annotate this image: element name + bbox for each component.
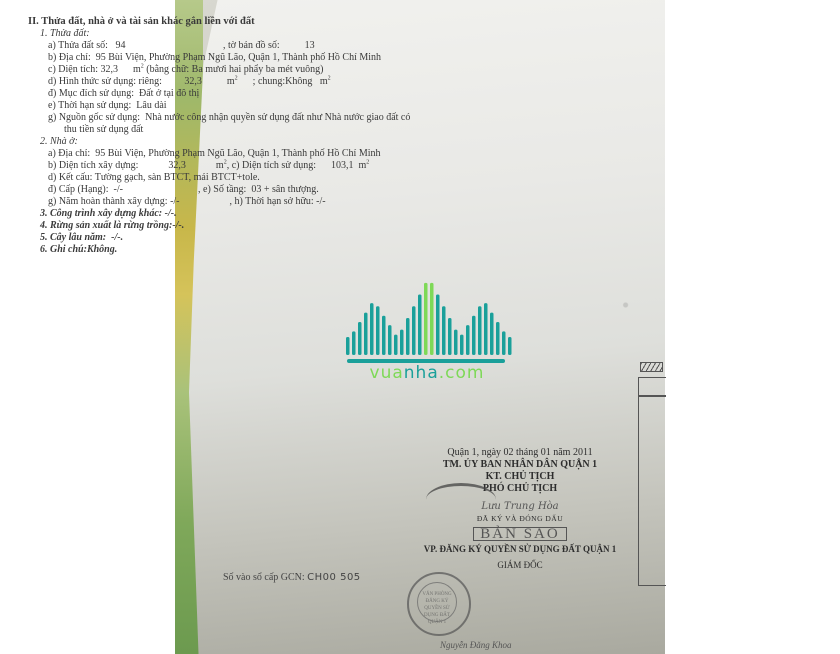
- land-area: c) Diện tích: 32,3 m2 (bằng chữ: Ba mươi…: [28, 64, 488, 76]
- notes: 6. Ghi chú:Không.: [28, 244, 488, 256]
- issuer-kt: KT. CHỦ TỊCH: [400, 471, 640, 483]
- land-parcel-number: a) Thửa đất số: 94 , tờ bản đồ số: 13: [28, 40, 488, 52]
- house-year: g) Năm hoàn thành xây dựng: -/- , h) Thờ…: [28, 196, 488, 208]
- building-bars-icon: [342, 275, 512, 355]
- director-title: GIÁM ĐỐC: [400, 559, 640, 571]
- house-address: a) Địa chỉ: 95 Bùi Viện, Phường Phạm Ngũ…: [28, 148, 488, 160]
- hatched-legend-icon: [640, 362, 663, 372]
- perennial: 5. Cây lâu năm: -/-.: [28, 232, 488, 244]
- registry-seal: VĂN PHÒNG ĐĂNG KÝ QUYỀN SỬ DỤNG ĐẤT QUẬN…: [407, 572, 471, 636]
- watermark-logo: vuanha.com: [342, 275, 512, 385]
- forest: 4. Rừng sản xuất là rừng trồng:-/-.: [28, 220, 488, 232]
- certificate-body: II. Thửa đất, nhà ở và tài sản khác gắn …: [28, 16, 488, 256]
- issue-date: Quận 1, ngày 02 tháng 01 năm 2011: [400, 447, 640, 459]
- diagram-frame-top: [638, 377, 666, 397]
- house-area: b) Diện tích xây dựng: 32,3 m2, c) Diện …: [28, 160, 488, 172]
- seal-text: VĂN PHÒNG ĐĂNG KÝ QUYỀN SỬ DỤNG ĐẤT QUẬN…: [417, 582, 457, 622]
- gcn-number: CH00 505: [307, 572, 361, 583]
- section-title: II. Thửa đất, nhà ở và tài sản khác gắn …: [28, 16, 488, 28]
- land-purpose: đ) Mục đích sử dụng: Đất ở tại đô thị: [28, 88, 488, 100]
- registry-office: VP. ĐĂNG KÝ QUYỀN SỬ DỤNG ĐẤT QUẬN 1: [400, 543, 640, 555]
- land-origin-cont: thu tiền sử dụng đất: [28, 124, 488, 136]
- watermark-text: vuanha.com: [342, 363, 512, 383]
- map-sheet-number: 13: [305, 40, 315, 51]
- official-seal-partial: [426, 483, 496, 516]
- house-grade: đ) Cấp (Hạng): -/- , e) Số tầng: 03 + sâ…: [28, 184, 488, 196]
- director-name: Nguyễn Đăng Khoa: [440, 640, 512, 650]
- house-structure: d) Kết cấu: Tường gạch, sàn BTCT, mái BT…: [28, 172, 488, 184]
- gcn-entry: Số vào sổ cấp GCN: CH00 505: [223, 572, 361, 583]
- faint-emblem: [600, 250, 664, 360]
- diagram-frame: [638, 395, 666, 586]
- issuer-org: TM. ỦY BAN NHÂN DÂN QUẬN 1: [400, 459, 640, 471]
- other-construction: 3. Công trình xây dựng khác: -/-.: [28, 208, 488, 220]
- land-heading: 1. Thửa đất:: [28, 28, 488, 40]
- copy-stamp: BẢN SAO: [473, 527, 566, 541]
- house-heading: 2. Nhà ở:: [28, 136, 488, 148]
- land-term: e) Thời hạn sử dụng: Lâu dài: [28, 100, 488, 112]
- land-origin: g) Nguồn gốc sử dụng: Nhà nước công nhận…: [28, 112, 488, 124]
- parcel-number: 94: [115, 40, 125, 51]
- land-usage-form: d) Hình thức sử dụng: riêng: 32,3 m2 ; c…: [28, 76, 488, 88]
- land-address: b) Địa chỉ: 95 Bùi Viện, Phường Phạm Ngũ…: [28, 52, 488, 64]
